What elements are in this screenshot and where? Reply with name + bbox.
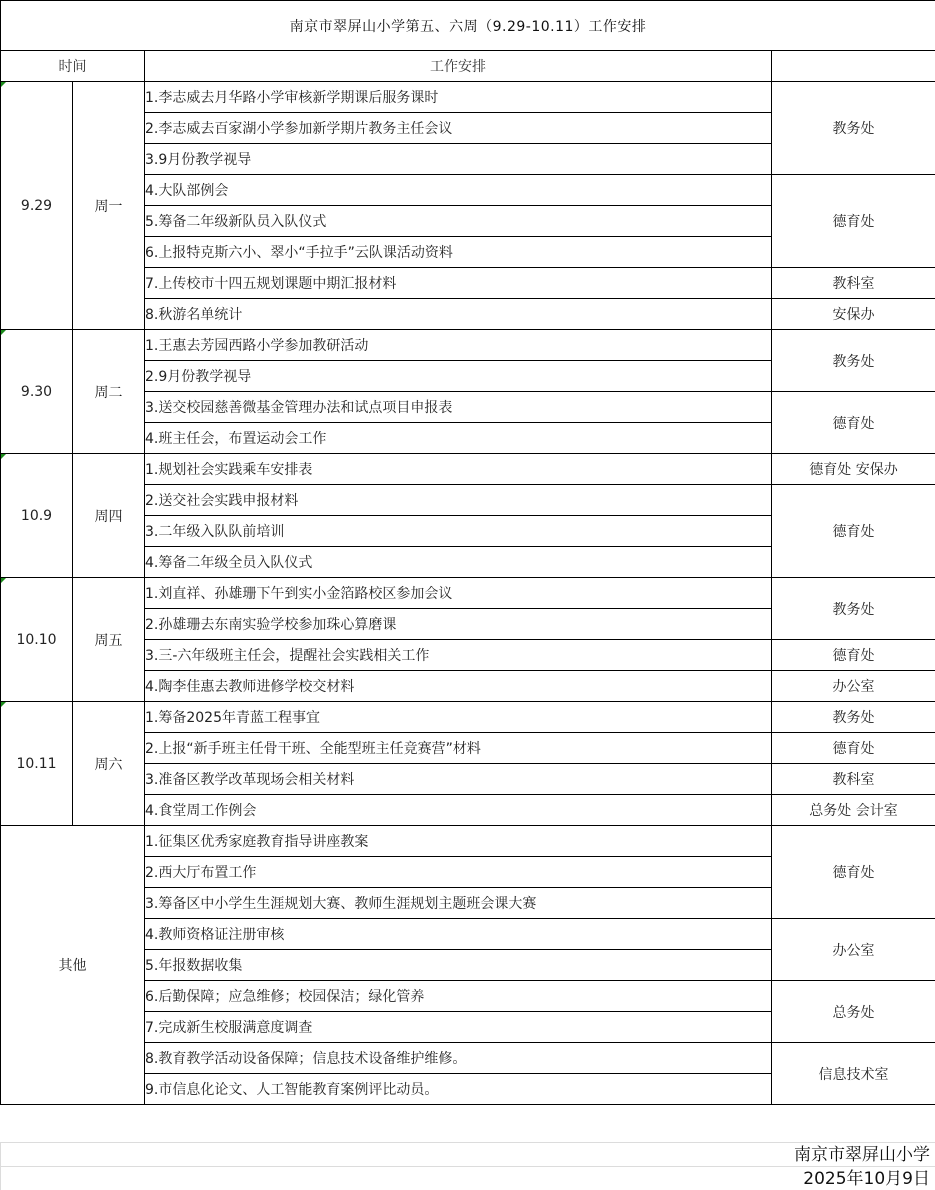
header-time: 时间	[1, 51, 145, 82]
comment-marker-icon	[1, 702, 6, 707]
department-cell: 教务处	[772, 330, 935, 392]
table-row: 10.9周四1.规划社会实践乘车安排表德育处 安保办	[1, 454, 935, 485]
task-cell: 2.上报“新手班主任骨干班、全能型班主任竞赛营”材料	[145, 733, 772, 764]
task-cell: 6.后勤保障；应急维修；校园保洁；绿化管养	[145, 981, 772, 1012]
task-cell: 4.大队部例会	[145, 175, 772, 206]
comment-marker-icon	[1, 454, 6, 459]
task-cell: 1.征集区优秀家庭教育指导讲座教案	[145, 826, 772, 857]
department-cell: 安保办	[772, 299, 935, 330]
department-cell: 德育处	[772, 175, 935, 268]
task-cell: 1.李志威去月华路小学审核新学期课后服务课时	[145, 82, 772, 113]
task-cell: 3.9月份教学视导	[145, 144, 772, 175]
weekday-cell: 周一	[73, 82, 145, 330]
department-cell: 教务处	[772, 578, 935, 640]
department-cell: 德育处	[772, 485, 935, 578]
task-cell: 1.筹备2025年青蓝工程事宜	[145, 702, 772, 733]
header-dept	[772, 51, 935, 82]
task-cell: 4.教师资格证注册审核	[145, 919, 772, 950]
weekday-cell: 周四	[73, 454, 145, 578]
page-title: 南京市翠屏山小学第五、六周（9.29-10.11）工作安排	[1, 1, 935, 51]
department-cell: 德育处	[772, 826, 935, 919]
task-cell: 3.送交校园慈善微基金管理办法和试点项目申报表	[145, 392, 772, 423]
header-work: 工作安排	[145, 51, 772, 82]
task-cell: 2.李志威去百家湖小学参加新学期片教务主任会议	[145, 113, 772, 144]
task-cell: 9.市信息化论文、人工智能教育案例评比动员。	[145, 1074, 772, 1105]
department-cell: 教科室	[772, 764, 935, 795]
footer-date: 2025年10月9日	[0, 1166, 935, 1190]
comment-marker-icon	[1, 330, 6, 335]
weekday-cell: 周六	[73, 702, 145, 826]
department-cell: 德育处	[772, 733, 935, 764]
task-cell: 8.秋游名单统计	[145, 299, 772, 330]
task-cell: 4.班主任会，布置运动会工作	[145, 423, 772, 454]
date-label: 10.9	[21, 508, 52, 524]
date-cell: 10.11	[1, 702, 73, 826]
table-row: 10.10周五1.刘直祥、孙雄珊下午到实小金箔路校区参加会议教务处	[1, 578, 935, 609]
date-cell: 10.9	[1, 454, 73, 578]
task-cell: 3.筹备区中小学生生涯规划大赛、教师生涯规划主题班会课大赛	[145, 888, 772, 919]
task-cell: 4.筹备二年级全员入队仪式	[145, 547, 772, 578]
department-cell: 总务处 会计室	[772, 795, 935, 826]
department-cell: 总务处	[772, 981, 935, 1043]
task-cell: 2.9月份教学视导	[145, 361, 772, 392]
comment-marker-icon	[1, 82, 6, 87]
date-label: 10.10	[16, 632, 56, 648]
date-cell: 9.30	[1, 330, 73, 454]
task-cell: 2.孙雄珊去东南实验学校参加珠心算磨课	[145, 609, 772, 640]
department-cell: 德育处 安保办	[772, 454, 935, 485]
weekday-cell: 周五	[73, 578, 145, 702]
department-cell: 德育处	[772, 392, 935, 454]
task-cell: 4.陶李佳惠去教师进修学校交材料	[145, 671, 772, 702]
date-cell: 10.10	[1, 578, 73, 702]
table-row: 9.29周一1.李志威去月华路小学审核新学期课后服务课时教务处	[1, 82, 935, 113]
date-label: 10.11	[16, 756, 56, 772]
date-label: 9.29	[21, 198, 52, 214]
task-cell: 2.送交社会实践申报材料	[145, 485, 772, 516]
department-cell: 教务处	[772, 702, 935, 733]
task-cell: 8.教育教学活动设备保障；信息技术设备维护维修。	[145, 1043, 772, 1074]
task-cell: 4.食堂周工作例会	[145, 795, 772, 826]
task-cell: 5.年报数据收集	[145, 950, 772, 981]
table-row: 9.30周二1.王惠去芳园西路小学参加教研活动教务处	[1, 330, 935, 361]
table-row: 其他1.征集区优秀家庭教育指导讲座教案德育处	[1, 826, 935, 857]
task-cell: 1.规划社会实践乘车安排表	[145, 454, 772, 485]
task-cell: 1.王惠去芳园西路小学参加教研活动	[145, 330, 772, 361]
schedule-table: 南京市翠屏山小学第五、六周（9.29-10.11）工作安排 时间 工作安排 9.…	[0, 0, 935, 1105]
task-cell: 3.准备区教学改革现场会相关材料	[145, 764, 772, 795]
footer-school: 南京市翠屏山小学	[0, 1142, 935, 1166]
department-cell: 办公室	[772, 671, 935, 702]
other-label-cell: 其他	[1, 826, 145, 1105]
department-cell: 信息技术室	[772, 1043, 935, 1105]
task-cell: 3.二年级入队队前培训	[145, 516, 772, 547]
task-cell: 7.完成新生校服满意度调查	[145, 1012, 772, 1043]
department-cell: 办公室	[772, 919, 935, 981]
department-cell: 教务处	[772, 82, 935, 175]
task-cell: 7.上传校市十四五规划课题中期汇报材料	[145, 268, 772, 299]
task-cell: 6.上报特克斯六小、翠小“手拉手”云队课活动资料	[145, 237, 772, 268]
task-cell: 1.刘直祥、孙雄珊下午到实小金箔路校区参加会议	[145, 578, 772, 609]
task-cell: 5.筹备二年级新队员入队仪式	[145, 206, 772, 237]
department-cell: 德育处	[772, 640, 935, 671]
task-cell: 3.三-六年级班主任会，提醒社会实践相关工作	[145, 640, 772, 671]
date-cell: 9.29	[1, 82, 73, 330]
department-cell: 教科室	[772, 268, 935, 299]
weekday-cell: 周二	[73, 330, 145, 454]
task-cell: 2.西大厅布置工作	[145, 857, 772, 888]
table-row: 10.11周六1.筹备2025年青蓝工程事宜教务处	[1, 702, 935, 733]
date-label: 9.30	[21, 384, 52, 400]
comment-marker-icon	[1, 578, 6, 583]
